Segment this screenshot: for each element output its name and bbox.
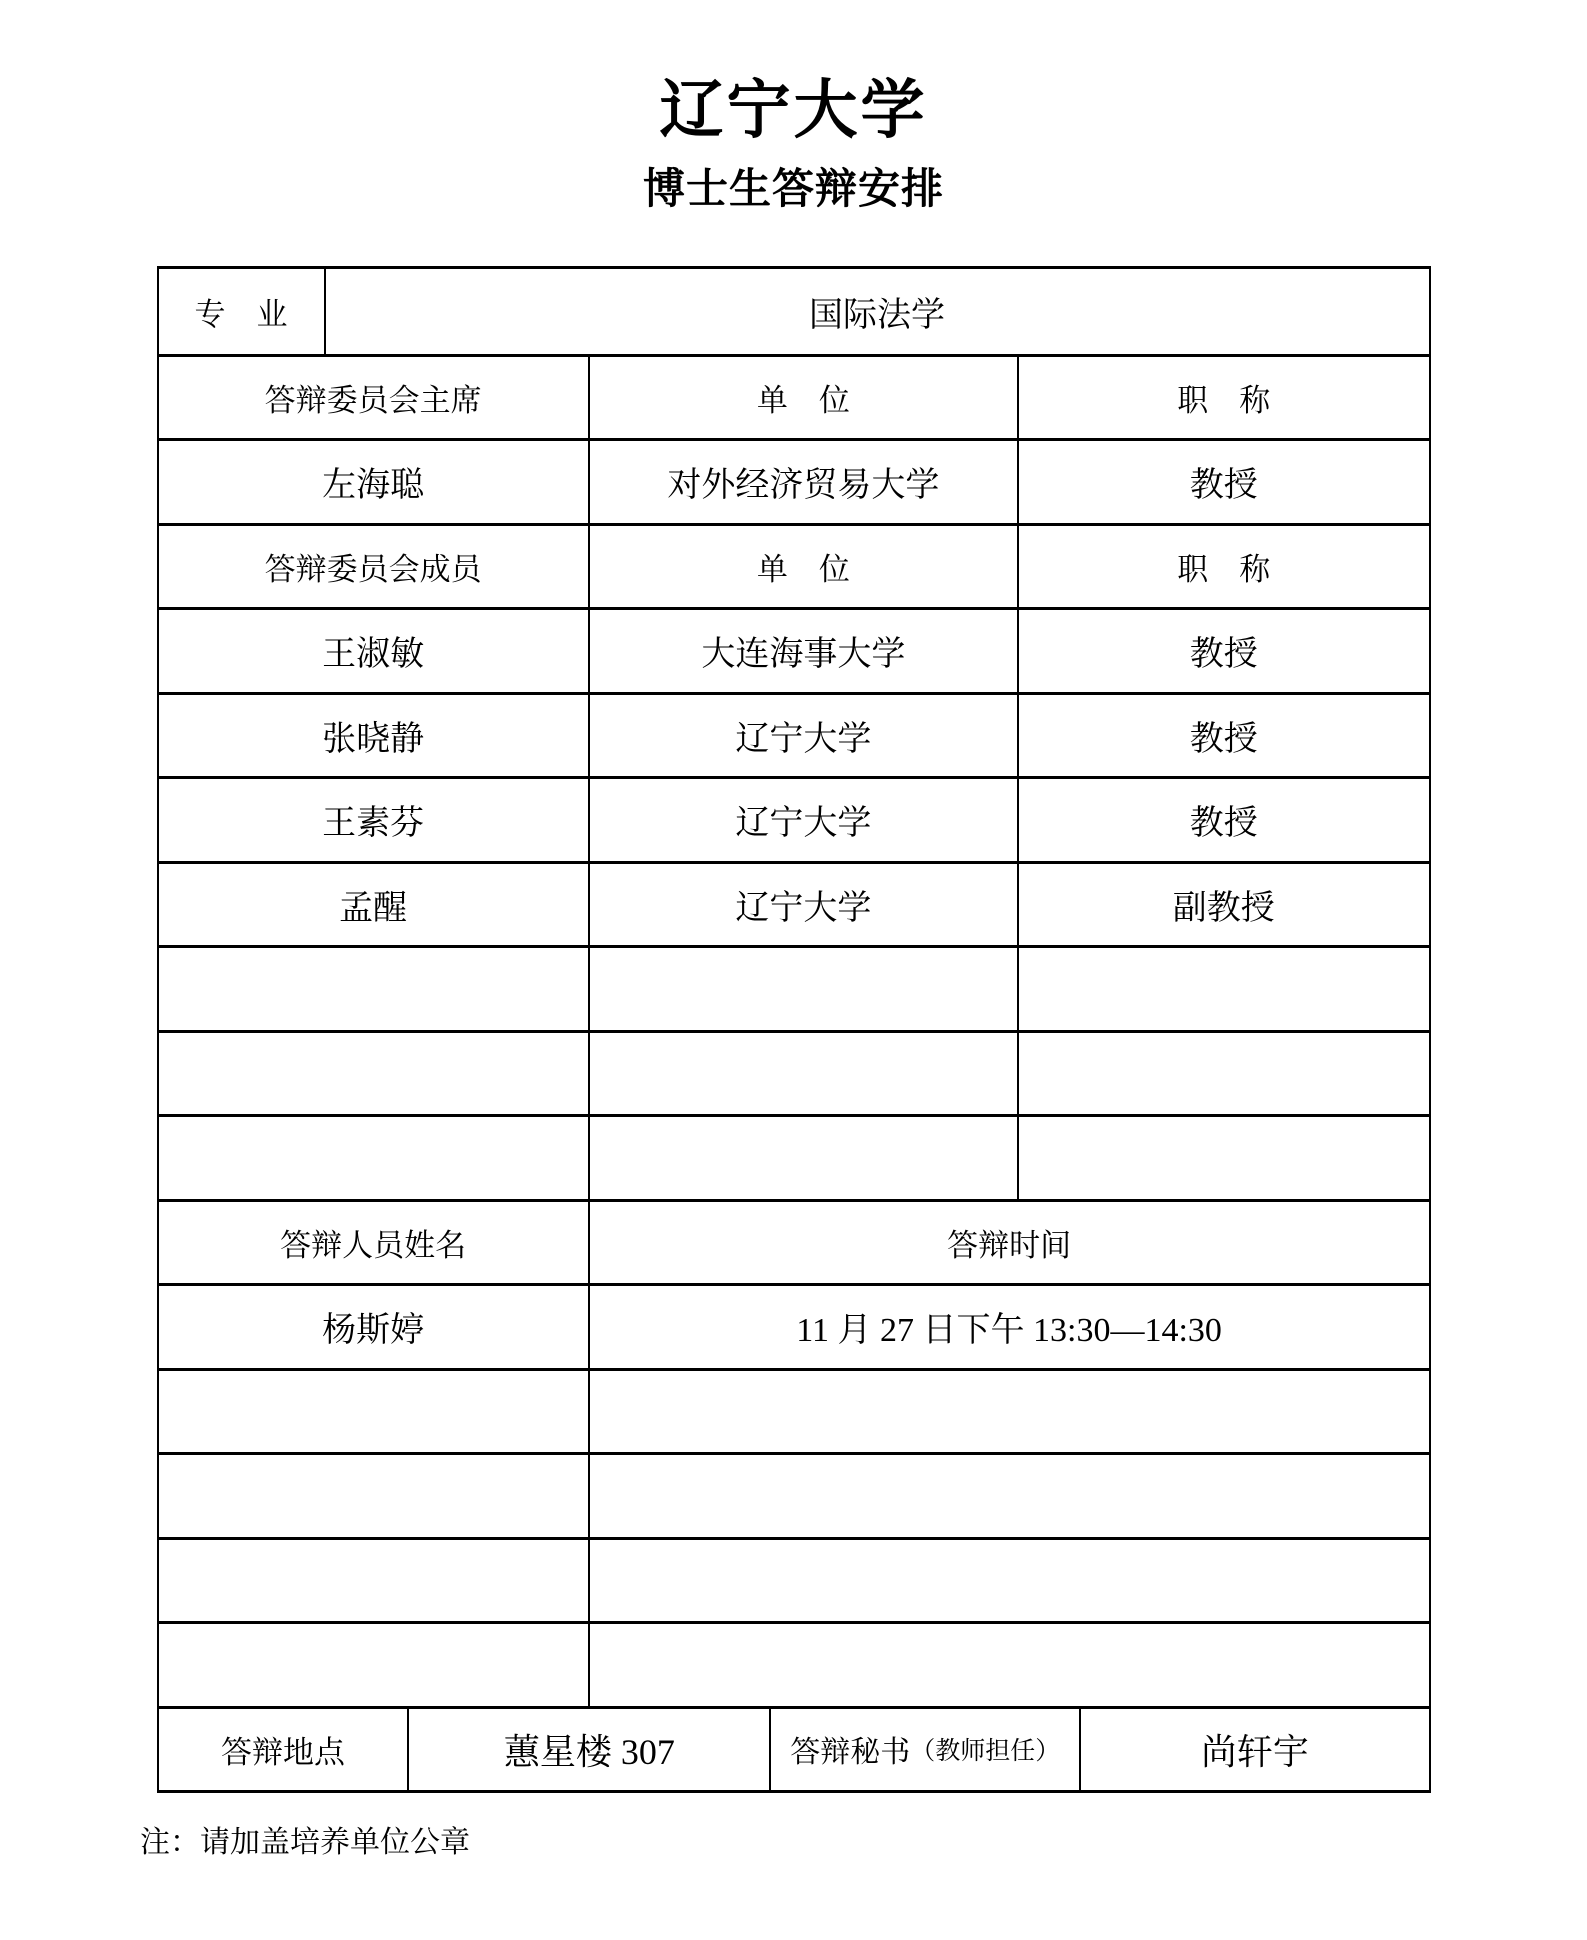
member-row: 王淑敏 大连海事大学 教授 xyxy=(159,607,1429,692)
defense-time: 11 月 27 日下午 13:30—14:30 xyxy=(588,1286,1429,1368)
defense-header-row: 答辩人员姓名 答辩时间 xyxy=(159,1199,1429,1284)
member-title: 教授 xyxy=(1017,779,1428,861)
location-value: 蕙星楼 307 xyxy=(407,1709,769,1791)
member-row-empty xyxy=(159,1030,1429,1115)
title-header-label: 职 称 xyxy=(1017,526,1428,608)
page-title: 辽宁大学 xyxy=(0,78,1587,142)
secretary-label: 答辩秘书 xyxy=(790,1727,910,1771)
defense-row: 杨斯婷 11 月 27 日下午 13:30—14:30 xyxy=(159,1283,1429,1368)
member-name: 王淑敏 xyxy=(159,610,588,692)
location-label: 答辩地点 xyxy=(159,1709,408,1791)
chair-unit: 对外经济贸易大学 xyxy=(588,441,1017,523)
member-name xyxy=(159,1117,588,1199)
member-title: 副教授 xyxy=(1017,864,1428,946)
chair-header-row: 答辩委员会主席 单 位 职 称 xyxy=(159,354,1429,439)
secretary-label-cell: 答辩秘书（教师担任） xyxy=(769,1709,1079,1791)
member-name xyxy=(159,948,588,1030)
member-title xyxy=(1017,1033,1428,1115)
title-header-label: 职 称 xyxy=(1017,357,1428,439)
member-unit xyxy=(588,948,1017,1030)
defense-time-header: 答辩时间 xyxy=(588,1202,1429,1284)
defense-row-empty xyxy=(159,1452,1429,1537)
member-row: 张晓静 辽宁大学 教授 xyxy=(159,692,1429,777)
member-unit: 辽宁大学 xyxy=(588,695,1017,777)
member-unit: 大连海事大学 xyxy=(588,610,1017,692)
member-row: 孟醒 辽宁大学 副教授 xyxy=(159,861,1429,946)
defense-time xyxy=(588,1455,1429,1537)
member-row-empty xyxy=(159,945,1429,1030)
defendant-name xyxy=(159,1540,588,1622)
secretary-name: 尚轩宇 xyxy=(1079,1709,1428,1791)
member-name: 张晓静 xyxy=(159,695,588,777)
defense-row-empty xyxy=(159,1368,1429,1453)
member-title xyxy=(1017,948,1428,1030)
chair-role-label: 答辩委员会主席 xyxy=(159,357,588,439)
member-header-row: 答辩委员会成员 单 位 职 称 xyxy=(159,523,1429,608)
defendant-name xyxy=(159,1455,588,1537)
member-title: 教授 xyxy=(1017,610,1428,692)
major-label: 专 业 xyxy=(159,269,324,354)
footer-row: 答辩地点 蕙星楼 307 答辩秘书（教师担任） 尚轩宇 xyxy=(159,1706,1429,1791)
defendant-name xyxy=(159,1371,588,1453)
chair-row: 左海聪 对外经济贸易大学 教授 xyxy=(159,438,1429,523)
member-unit: 辽宁大学 xyxy=(588,864,1017,946)
defendant-name-header: 答辩人员姓名 xyxy=(159,1202,588,1284)
defense-time xyxy=(588,1624,1429,1706)
member-unit xyxy=(588,1117,1017,1199)
member-row: 王素芬 辽宁大学 教授 xyxy=(159,776,1429,861)
member-role-label: 答辩委员会成员 xyxy=(159,526,588,608)
member-row-empty xyxy=(159,1114,1429,1199)
defense-row-empty xyxy=(159,1537,1429,1622)
member-name xyxy=(159,1033,588,1115)
page-subtitle: 博士生答辩安排 xyxy=(0,168,1587,210)
defense-time xyxy=(588,1371,1429,1453)
defense-time xyxy=(588,1540,1429,1622)
document-page: 辽宁大学 博士生答辩安排 专 业 国际法学 答辩委员会主席 单 位 职 称 左海… xyxy=(0,0,1587,1940)
defendant-name: 杨斯婷 xyxy=(159,1286,588,1368)
footnote: 注：请加盖培养单位公章 xyxy=(140,1817,1587,1861)
chair-name: 左海聪 xyxy=(159,441,588,523)
member-name: 王素芬 xyxy=(159,779,588,861)
unit-header-label: 单 位 xyxy=(588,357,1017,439)
defense-row-empty xyxy=(159,1621,1429,1706)
major-row: 专 业 国际法学 xyxy=(159,269,1429,354)
member-name: 孟醒 xyxy=(159,864,588,946)
defense-arrangement-table: 专 业 国际法学 答辩委员会主席 单 位 职 称 左海聪 对外经济贸易大学 教授… xyxy=(157,266,1431,1793)
member-title: 教授 xyxy=(1017,695,1428,777)
chair-title: 教授 xyxy=(1017,441,1428,523)
unit-header-label: 单 位 xyxy=(588,526,1017,608)
secretary-label-note: （教师担任） xyxy=(910,1731,1060,1767)
member-title xyxy=(1017,1117,1428,1199)
member-unit xyxy=(588,1033,1017,1115)
major-value: 国际法学 xyxy=(324,269,1429,354)
defendant-name xyxy=(159,1624,588,1706)
member-unit: 辽宁大学 xyxy=(588,779,1017,861)
